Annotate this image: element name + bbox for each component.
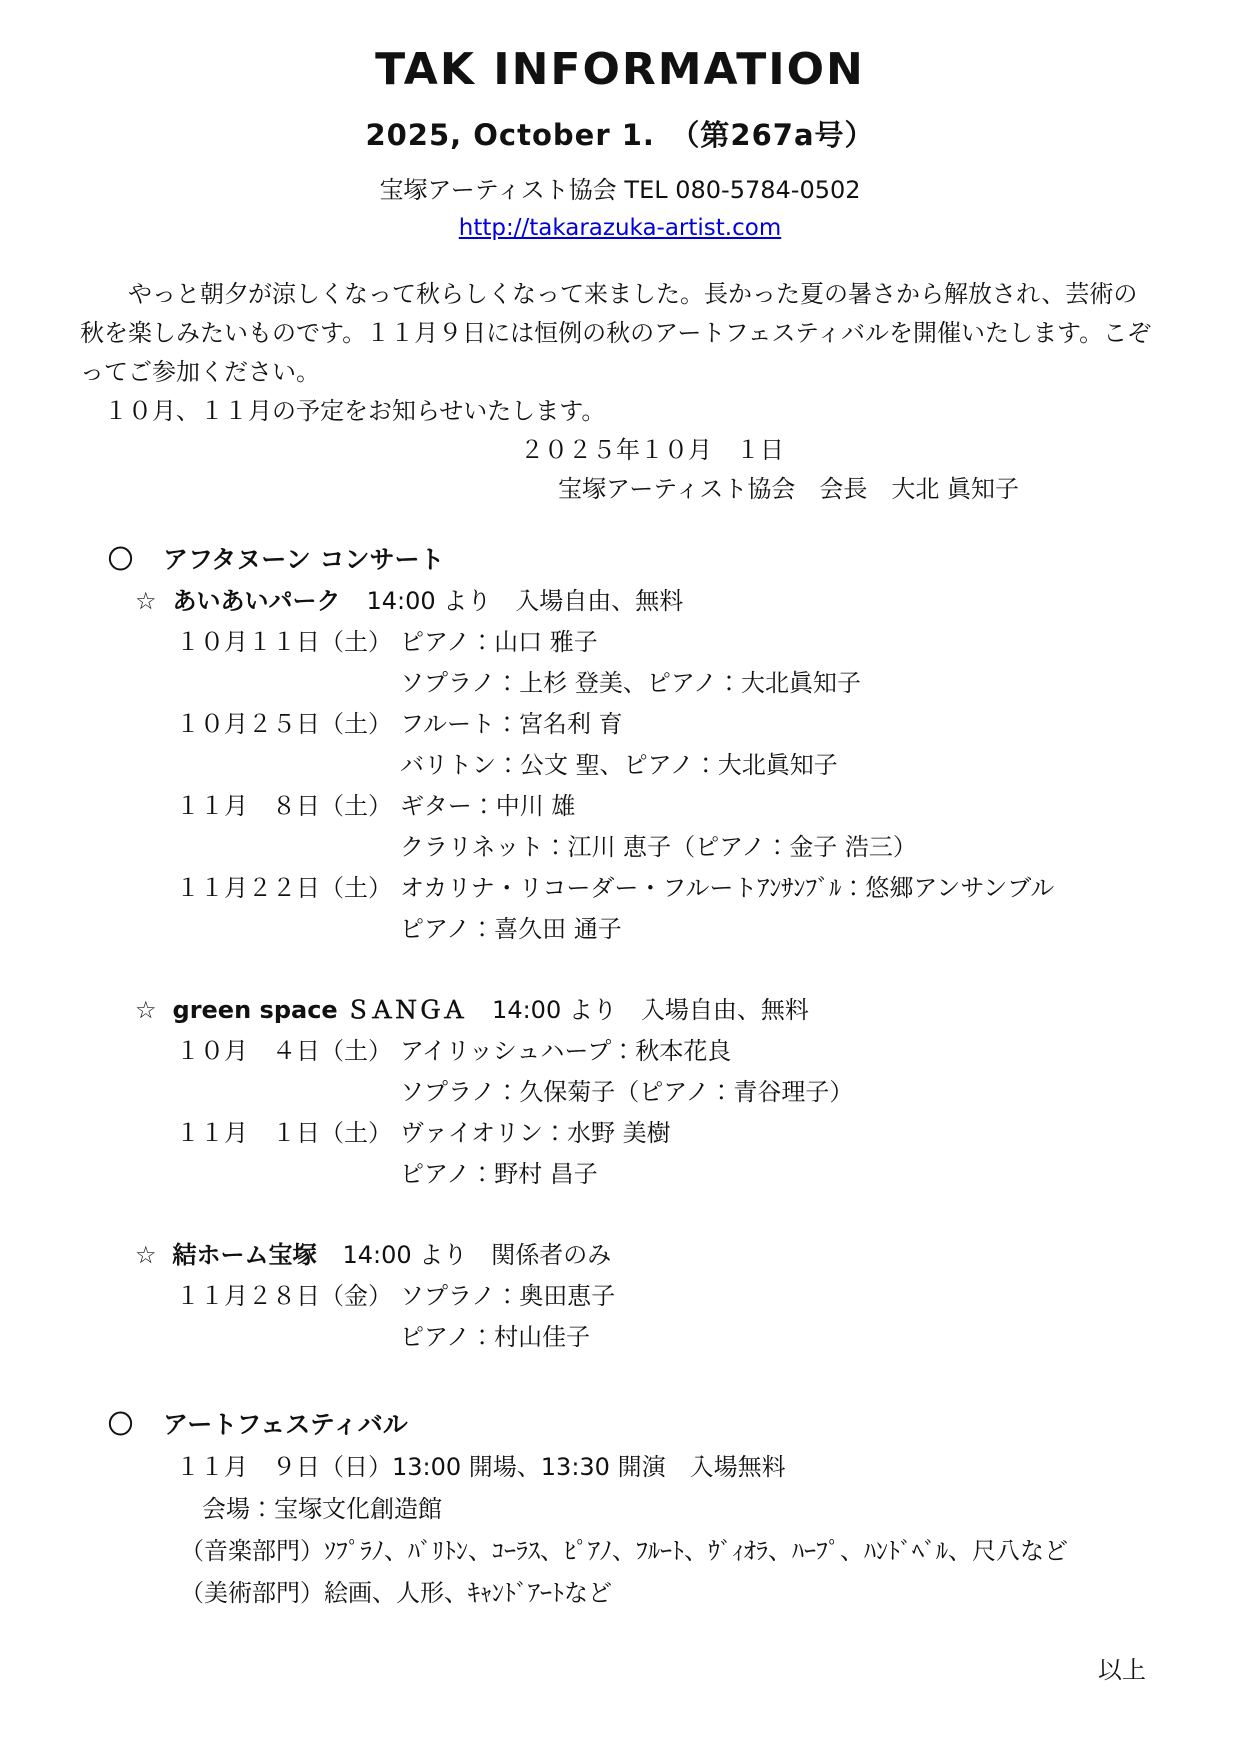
festival-section: 〇アートフェスティバル １１月 ９日（日）13:00 開場、13:30 開演 入… — [80, 1404, 1160, 1614]
url-line: http://takarazuka-artist.com — [80, 215, 1160, 241]
event-performer: ピアノ：山口 雅子 — [400, 628, 598, 656]
venue-yui-home-takarazuka: ☆結ホーム宝塚14:00 より 関係者のみ １１月２８日（金）ソプラノ：奥田恵子… — [80, 1235, 1160, 1358]
organization-contact-line: 宝塚アーティスト協会 TEL 080-5784-0502 — [80, 170, 1160, 205]
event-row: １０月 ４日（土）アイリッシュハープ：秋本花良 ソプラノ：久保菊子（ピアノ：青谷… — [80, 1031, 1160, 1113]
issue-line: 2025, October 1. （第267a号） — [80, 113, 1160, 154]
masthead: TAK INFORMATION 2025, October 1. （第267a号… — [80, 44, 1160, 241]
event-date: １０月２５日（土） — [176, 710, 392, 738]
event-performer-2: バリトン：公文 聖、ピアノ：大北眞知子 — [80, 745, 1160, 786]
event-performer: ギター：中川 雄 — [400, 792, 575, 820]
event-performer-2: ピアノ：村山佳子 — [80, 1317, 1160, 1358]
event-performer: ソプラノ：奥田恵子 — [400, 1282, 615, 1310]
intro-section: やっと朝夕が涼しくなって秋らしくなって来ました。長かった夏の暑さから解放され、芸… — [80, 275, 1160, 509]
festival-art-departments: （美術部門）絵画、人形、ｷｬﾝﾄﾞｱｰﾄなど — [80, 1572, 1160, 1614]
event-date: １０月 ４日（土） — [176, 1037, 392, 1065]
event-performer: アイリッシュハープ：秋本花良 — [400, 1037, 731, 1065]
venue-name: green space ＳＡＮＧＡ — [173, 996, 467, 1024]
venue-heading: ☆あいあいパーク14:00 より 入場自由、無料 — [80, 581, 1160, 622]
star-bullet-icon: ☆ — [135, 587, 157, 615]
schedule-note: １０月、１１月の予定をお知らせいたします。 — [80, 392, 1160, 431]
signature-line: 宝塚アーティスト協会 会長 大北 眞知子 — [80, 470, 1160, 509]
venue-info: 14:00 より 入場自由、無料 — [367, 587, 684, 615]
event-row: １０月２５日（土）フルート：宮名利 育 バリトン：公文 聖、ピアノ：大北眞知子 — [80, 704, 1160, 786]
event-performer-2: ピアノ：野村 昌子 — [80, 1154, 1160, 1195]
website-link[interactable]: http://takarazuka-artist.com — [459, 215, 781, 241]
event-date: １１月２２日（土） — [176, 874, 392, 902]
event-performer-2: クラリネット：江川 恵子（ピアノ：金子 浩三） — [80, 827, 1160, 868]
concerts-section: 〇アフタヌーン コンサート ☆あいあいパーク14:00 より 入場自由、無料 １… — [80, 539, 1160, 1358]
event-date: １１月 １日（土） — [176, 1119, 392, 1147]
venue-green-space-sanga: ☆green space ＳＡＮＧＡ14:00 より 入場自由、無料 １０月 ４… — [80, 990, 1160, 1195]
event-performer-2: ソプラノ：上杉 登美、ピアノ：大北眞知子 — [80, 663, 1160, 704]
issue-date: ２０２５年１０月 １日 — [80, 431, 1160, 470]
venue-name: あいあいパーク — [173, 587, 341, 615]
event-row: １１月 １日（土）ヴァイオリン：水野 美樹 ピアノ：野村 昌子 — [80, 1113, 1160, 1195]
venue-info: 14:00 より 関係者のみ — [343, 1241, 612, 1269]
festival-music-departments: （音楽部門）ｿﾌﾟﾗﾉ、ﾊﾞﾘﾄﾝ、ｺｰﾗｽ、ﾋﾟｱﾉ、ﾌﾙｰﾄ、ｳﾞｨｵﾗ、ﾊ… — [80, 1530, 1160, 1572]
event-performer: フルート：宮名利 育 — [400, 710, 623, 738]
concerts-heading: 〇アフタヌーン コンサート — [80, 539, 1160, 581]
newsletter-page: TAK INFORMATION 2025, October 1. （第267a号… — [0, 0, 1240, 1754]
event-row: １１月２８日（金）ソプラノ：奥田恵子 ピアノ：村山佳子 — [80, 1276, 1160, 1358]
event-row: １１月 ８日（土）ギター：中川 雄 クラリネット：江川 恵子（ピアノ：金子 浩三… — [80, 786, 1160, 868]
venue-info: 14:00 より 入場自由、無料 — [492, 996, 809, 1024]
festival-venue-line: 会場：宝塚文化創造館 — [80, 1488, 1160, 1530]
event-row: １１月２２日（土）オカリナ・リコーダー・フルートｱﾝｻﾝﾌﾞﾙ：悠郷アンサンブル… — [80, 868, 1160, 950]
venue-aiai-park: ☆あいあいパーク14:00 より 入場自由、無料 １０月１１日（土）ピアノ：山口… — [80, 581, 1160, 950]
festival-date-line: １１月 ９日（日）13:00 開場、13:30 開演 入場無料 — [80, 1446, 1160, 1488]
event-performer: オカリナ・リコーダー・フルートｱﾝｻﾝﾌﾞﾙ：悠郷アンサンブル — [400, 874, 1054, 902]
event-date: １１月２８日（金） — [176, 1282, 392, 1310]
venue-name: 結ホーム宝塚 — [173, 1241, 317, 1269]
star-bullet-icon: ☆ — [135, 1241, 157, 1269]
event-date: １０月１１日（土） — [176, 628, 392, 656]
circle-bullet-icon: 〇 — [108, 545, 133, 574]
event-performer-2: ピアノ：喜久田 通子 — [80, 909, 1160, 950]
page-title: TAK INFORMATION — [80, 44, 1160, 95]
venue-heading: ☆green space ＳＡＮＧＡ14:00 より 入場自由、無料 — [80, 990, 1160, 1031]
event-performer: ヴァイオリン：水野 美樹 — [400, 1119, 671, 1147]
closing-ijou: 以上 — [80, 1650, 1160, 1685]
event-date: １１月 ８日（土） — [176, 792, 392, 820]
intro-paragraph: やっと朝夕が涼しくなって秋らしくなって来ました。長かった夏の暑さから解放され、芸… — [80, 275, 1160, 392]
event-performer-2: ソプラノ：久保菊子（ピアノ：青谷理子） — [80, 1072, 1160, 1113]
concerts-heading-label: アフタヌーン コンサート — [163, 545, 444, 574]
festival-heading-label: アートフェスティバル — [163, 1410, 408, 1439]
venue-heading: ☆結ホーム宝塚14:00 より 関係者のみ — [80, 1235, 1160, 1276]
event-row: １０月１１日（土）ピアノ：山口 雅子 ソプラノ：上杉 登美、ピアノ：大北眞知子 — [80, 622, 1160, 704]
circle-bullet-icon: 〇 — [108, 1410, 133, 1439]
festival-heading: 〇アートフェスティバル — [80, 1404, 1160, 1446]
star-bullet-icon: ☆ — [135, 996, 157, 1024]
